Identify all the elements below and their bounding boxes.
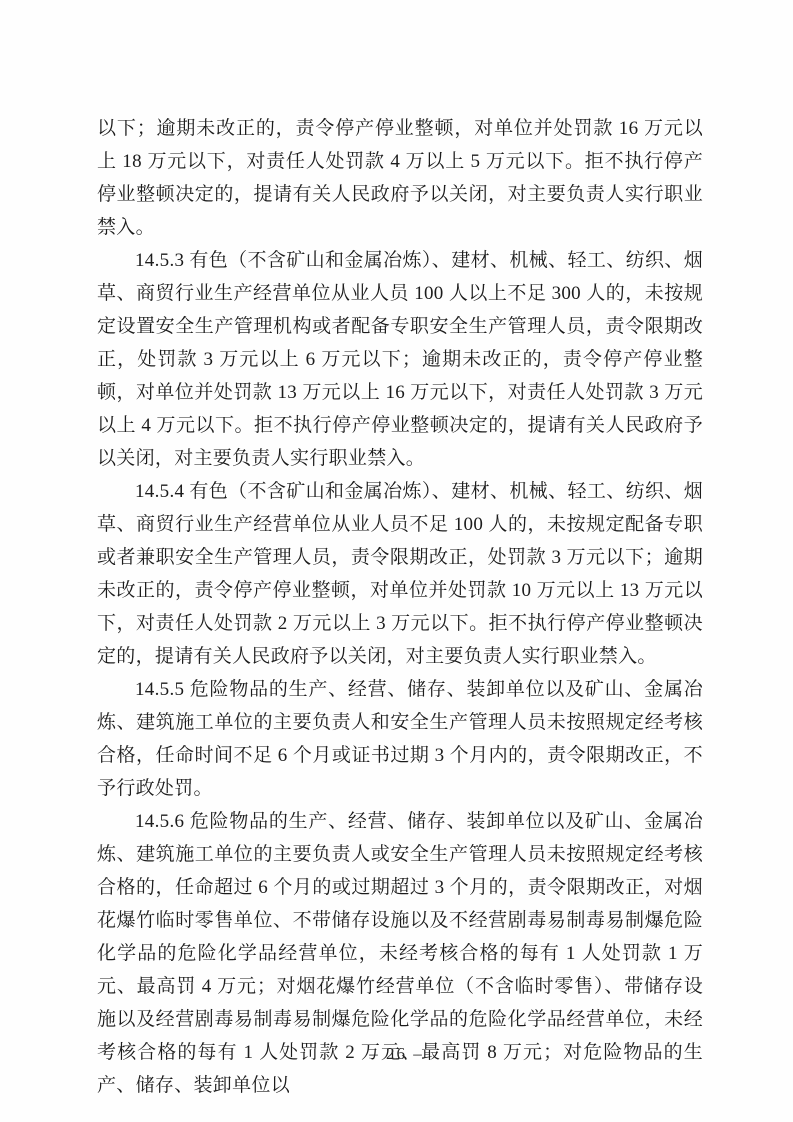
paragraph-continuation: 以下；逾期未改正的，责令停产停业整顿，对单位并处罚款 16 万元以上 18 万元…: [97, 112, 703, 244]
document-page: 以下；逾期未改正的，责令停产停业整顿，对单位并处罚款 16 万元以上 18 万元…: [0, 0, 793, 1122]
document-body: 以下；逾期未改正的，责令停产停业整顿，对单位并处罚款 16 万元以上 18 万元…: [97, 112, 703, 1102]
paragraph-14-5-4: 14.5.4 有色（不含矿山和金属冶炼）、建材、机械、轻工、纺织、烟草、商贸行业…: [97, 475, 703, 673]
paragraph-14-5-3: 14.5.3 有色（不含矿山和金属冶炼）、建材、机械、轻工、纺织、烟草、商贸行业…: [97, 244, 703, 475]
page-number: – 26 –: [0, 1044, 793, 1064]
paragraph-14-5-5: 14.5.5 危险物品的生产、经营、储存、装卸单位以及矿山、金属冶炼、建筑施工单…: [97, 673, 703, 805]
